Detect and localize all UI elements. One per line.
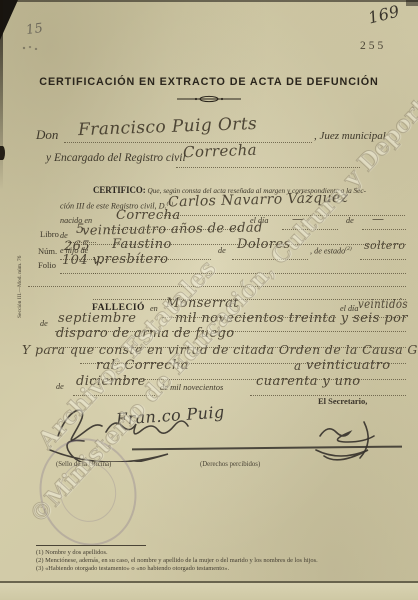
death-year-cause-handwritten: mil novecientos treinta y seis por bbox=[175, 311, 408, 326]
judge-role-label: , Juez municipal bbox=[314, 130, 386, 142]
issue-de-label: de bbox=[56, 382, 64, 391]
issue-year-handwritten: cuarenta y uno bbox=[256, 374, 360, 389]
footnote-1: (1) Nombre y dos apellidos. bbox=[36, 549, 108, 556]
pencil-sheet-number: 15 bbox=[25, 21, 44, 38]
birth-day-handwritten: — bbox=[292, 212, 304, 226]
issue-day-handwritten: veinticuatro bbox=[306, 358, 390, 373]
mother-name-handwritten: Dolores bbox=[237, 237, 291, 252]
paper-bottom-strip bbox=[0, 583, 418, 600]
a-label-handwritten: a bbox=[294, 359, 302, 373]
footnote-3-text: «Habiendo otorgado testamento» o «no hab… bbox=[45, 565, 229, 572]
secretary-label: El Secretario, bbox=[318, 396, 367, 406]
libro-label: Libro bbox=[40, 229, 59, 239]
profession-handwritten: presbítero bbox=[96, 252, 168, 267]
rule bbox=[28, 285, 92, 287]
footnote-2-marker: (2) bbox=[36, 557, 43, 564]
judge-name-handwritten: Francisco Puig Orts bbox=[78, 114, 258, 140]
rule bbox=[360, 258, 406, 260]
page-title: CERTIFICACIÓN EN EXTRACTO DE ACTA DE DEF… bbox=[4, 76, 414, 88]
footnote-1-marker: (1) bbox=[36, 549, 43, 556]
registrar-label: y Encargado del Registro civil bbox=[46, 152, 186, 164]
ink-folio-number: 169 bbox=[366, 1, 401, 27]
paper-edge-left bbox=[0, 0, 3, 190]
estado-label: , de estado bbox=[310, 247, 345, 256]
age-handwritten: veinticuatro años de edad bbox=[82, 220, 263, 238]
death-month-handwritten: septiembre bbox=[58, 311, 136, 326]
folio-label: Folio bbox=[38, 260, 56, 270]
rule bbox=[232, 258, 308, 260]
deceased-name-handwritten: Carlos Navarro Vázquez bbox=[168, 190, 349, 211]
birth-month-handwritten: — bbox=[372, 212, 384, 226]
rule bbox=[176, 166, 360, 168]
estado-handwritten: soltero bbox=[364, 239, 405, 252]
paper-corner-shadow-top-right bbox=[406, 0, 418, 6]
secretary-signature-flourish bbox=[302, 414, 407, 464]
pencil-scribble bbox=[22, 46, 38, 50]
rule bbox=[362, 228, 406, 230]
father-name-handwritten: Faustino bbox=[112, 237, 172, 252]
rule bbox=[93, 272, 406, 274]
en-label: en bbox=[150, 304, 158, 313]
footnote-3: (3) «Habiendo otorgado testamento» o «no… bbox=[36, 565, 229, 572]
paper-edge-left-blemish bbox=[0, 146, 5, 160]
issue-place-handwritten: ral. Correcha bbox=[96, 358, 189, 373]
death-place-handwritten: Monserrat bbox=[166, 296, 239, 311]
stamp-caption: (Sello de la Oficina) bbox=[56, 461, 111, 468]
mil-novecientos-label: de mil novecientos bbox=[160, 382, 223, 392]
death-certificate-page: 15 169 255 CERTIFICACIÓN EN EXTRACTO DE … bbox=[0, 0, 418, 600]
don-label: Don bbox=[36, 127, 58, 143]
issue-month-handwritten: diciembre bbox=[76, 374, 146, 389]
footnote-ref-2: (2) bbox=[345, 246, 351, 252]
title-ornament bbox=[176, 95, 242, 103]
libro-value-handwritten: 5 bbox=[76, 222, 85, 237]
de-label-1: de bbox=[346, 216, 354, 225]
estado-label-line: , de estado(2) bbox=[310, 246, 352, 256]
fees-caption: (Derechos percibidos) bbox=[200, 461, 260, 468]
birthplace-handwritten: Correcha bbox=[116, 208, 181, 223]
rule bbox=[282, 228, 338, 230]
death-de-label: de bbox=[40, 319, 48, 328]
death-cause-handwritten: disparo de arma de fuego bbox=[56, 326, 235, 341]
death-day-handwritten: veintidós bbox=[358, 297, 408, 311]
rule bbox=[93, 285, 406, 287]
certifico-label: CERTIFICO: bbox=[93, 186, 146, 196]
registry-place-handwritten: Correcha bbox=[183, 141, 258, 162]
footnote-2-text: Menciónese, además, en su caso, el nombr… bbox=[45, 557, 318, 564]
de-label-3: de bbox=[218, 246, 226, 255]
form-model-note: Sección III.—Mod. núm. 76 bbox=[17, 256, 23, 318]
footnote-2: (2) Menciónese, además, en su caso, el n… bbox=[36, 557, 318, 564]
printed-page-number: 255 bbox=[360, 40, 386, 52]
footnote-1-text: Nombre y dos apellidos. bbox=[45, 549, 107, 556]
folio-value-handwritten: 104 v. bbox=[62, 253, 103, 268]
footnote-3-marker: (3) bbox=[36, 565, 43, 572]
conste-line-handwritten: Y para que conste en virtud de citada Or… bbox=[22, 342, 418, 357]
rule bbox=[60, 272, 96, 274]
rule bbox=[73, 394, 155, 396]
paper-edge-top bbox=[0, 0, 418, 2]
num-value-handwritten: 265 bbox=[64, 239, 90, 254]
rule bbox=[160, 214, 405, 216]
footnote-rule bbox=[36, 545, 146, 546]
num-label: Núm. bbox=[38, 246, 57, 256]
